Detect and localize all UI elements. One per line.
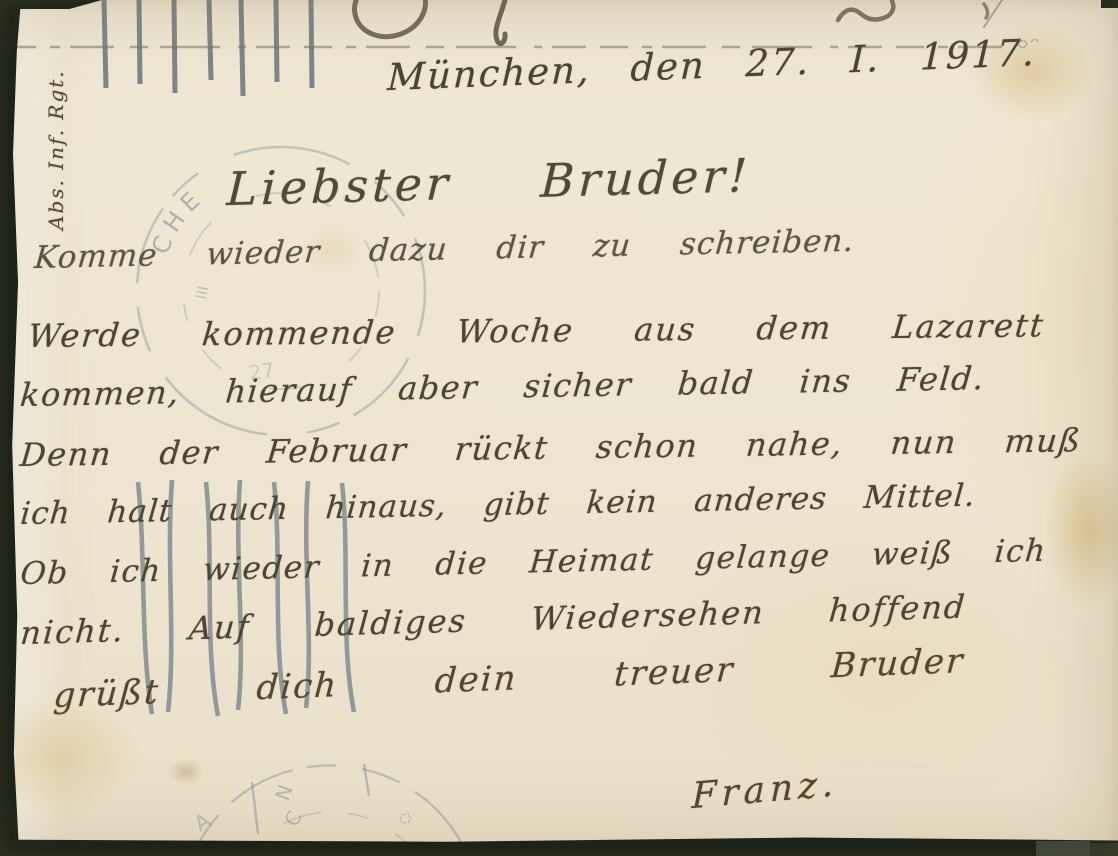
scan-border-corner — [1090, 843, 1118, 856]
postcard-scan: CHEN III 27 A N C ✩ Abs. Inf. Rgt. Mün — [0, 0, 1118, 856]
handwriting-line-3: kommen, hierauf aber sicher bald ins Fel… — [19, 359, 987, 414]
handwriting-line-6: Ob ich wieder in die Heimat gelange weiß… — [19, 533, 1048, 592]
svg-text:CHEN: CHEN — [0, 0, 210, 258]
sender-margin-note: Abs. Inf. Rgt. — [44, 12, 68, 230]
machine-cancel-bars-top — [104, 0, 312, 96]
signature: Franz. — [691, 763, 838, 817]
handwriting-line-8: grüßt dich dein treuer Bruder — [52, 641, 965, 716]
postmark-city-arc-text: CHEN — [0, 0, 210, 258]
scan-border-notch — [1036, 841, 1090, 856]
postmark-bottom-letter-a: A — [190, 808, 215, 836]
scan-border-top-left — [0, 0, 102, 9]
handwriting-line-5: ich halt auch hinaus, gibt kein anderes … — [19, 478, 977, 532]
handwriting-line-1: Komme wieder dazu dir zu schreiben. — [33, 223, 856, 276]
postmark-bottom-star: ✩ — [394, 806, 416, 832]
scan-border-top-right — [1101, 0, 1118, 8]
postmark-bottom-letter-n: N — [270, 781, 298, 803]
handwriting-line-4: Denn der Februar rückt schon nahe, nun m… — [19, 421, 1084, 474]
scan-border-left — [0, 0, 21, 856]
dateline: München, den 27. I. 1917. — [387, 31, 1037, 99]
greeting: Liebster Bruder! — [226, 148, 753, 216]
postmark-inner-ticks: III — [192, 284, 212, 300]
handwriting-line-7: nicht. Auf baldiges Wiedersehen hoffend — [19, 588, 968, 653]
scan-border-bottom — [0, 835, 1118, 856]
postmark-bottom-letter-c: C — [279, 807, 307, 831]
handwriting-line-2: Werde kommende Woche aus dem Lazarett — [26, 306, 1046, 355]
